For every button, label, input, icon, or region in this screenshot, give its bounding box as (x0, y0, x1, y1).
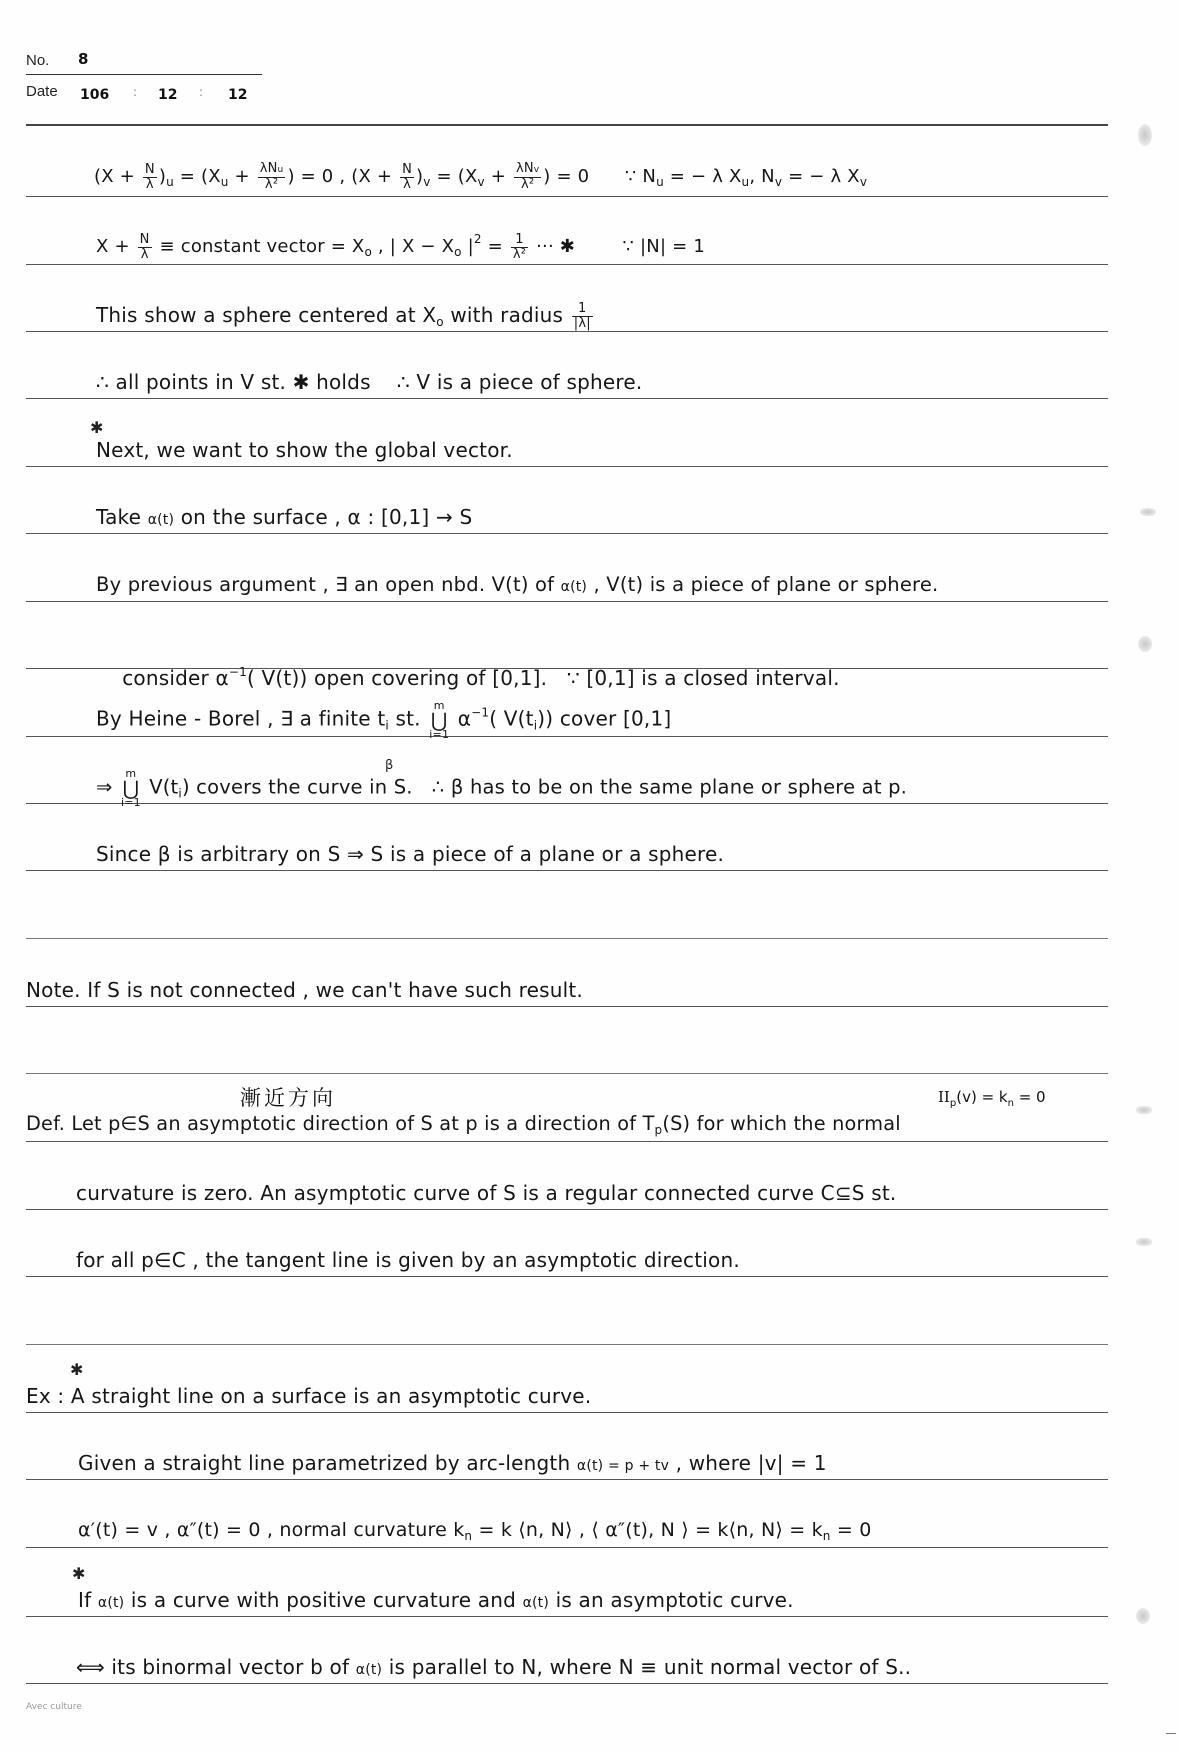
text: = − λ X (664, 166, 742, 187)
ruled-line (26, 1616, 1108, 1617)
union-glyph: ⋃ (121, 779, 141, 797)
alpha-t: α(t) (523, 1595, 549, 1611)
numerator: 1 (572, 302, 593, 317)
subscript: v (423, 175, 430, 189)
superscript: 2 (474, 232, 482, 246)
text: ) covers the curve in S. ∴ β has to be o… (182, 776, 907, 799)
subscript: o (454, 245, 462, 259)
text: = (X (431, 166, 478, 187)
denominator: λ (138, 248, 152, 262)
example-line: Ex : A straight line on a surface is an … (26, 1384, 591, 1408)
text: , V(t) is a piece of plane or sphere. (587, 573, 938, 596)
numerator: N (143, 163, 157, 178)
date-year: 106 (80, 87, 109, 103)
notebook-page: No. 8 Date 106 : 12 : 12 (X + Nλ)u = (Xu… (0, 0, 1179, 1752)
text: )) cover [0,1] (537, 707, 671, 731)
ruled-line (26, 1073, 1108, 1074)
fraction: 1λ² (511, 233, 528, 262)
subscript: v (534, 165, 540, 175)
no-label: No. (26, 52, 49, 69)
text: = k ⟨n, N⟩ , ⟨ α″(t), N ⟩ = k⟨n, N⟩ = k (472, 1519, 823, 1541)
fraction: λNvλ² (514, 162, 541, 192)
text-line-19: If α(t) is a curve with positive curvatu… (78, 1588, 794, 1612)
subscript: o (436, 315, 444, 329)
denominator: λ (143, 178, 157, 192)
ruled-line (26, 1209, 1108, 1210)
ruled-line (26, 1479, 1108, 1480)
text: = (482, 236, 509, 257)
top-rule (26, 124, 1108, 126)
subscript: u (166, 175, 174, 189)
text: + (229, 166, 256, 187)
text: = (X (174, 166, 221, 187)
ruled-line (26, 1344, 1108, 1345)
star-marker: ✱ (90, 418, 103, 437)
numerator: λNu (258, 162, 286, 178)
ruled-line (26, 264, 1108, 265)
ruled-line (26, 870, 1108, 871)
union-glyph: ⋃ (429, 711, 449, 729)
text-line-7: By previous argument , ∃ an open nbd. V(… (96, 573, 938, 596)
text: is parallel to N, where N ≡ unit normal … (382, 1655, 911, 1679)
edge-mark (1166, 1733, 1176, 1734)
text: , where |v| = 1 (669, 1451, 827, 1475)
numerator: λNv (514, 162, 541, 178)
text: = − λ X (782, 166, 860, 187)
binding-hole-mark (1136, 1106, 1152, 1114)
binding-hole-mark (1138, 124, 1152, 146)
fraction: 1|λ| (572, 302, 593, 331)
binding-hole-mark (1140, 508, 1156, 516)
text: (v) = k (956, 1088, 1007, 1106)
star-marker: ✱ (70, 1360, 83, 1379)
star-marker: ✱ (72, 1564, 85, 1583)
ruled-line (26, 1547, 1108, 1548)
binding-hole-mark (1136, 1608, 1150, 1624)
text: ) = 0 ∵ N (543, 166, 656, 187)
subscript: n (823, 1529, 831, 1543)
superscript: −1 (229, 665, 247, 679)
text-line-17: Given a straight line parametrized by ar… (78, 1451, 827, 1475)
text-line-4: ∴ all points in V st. ✱ holds ∴ V is a p… (96, 370, 642, 394)
fraction: Nλ (138, 233, 152, 262)
text: on the surface , α : [0,1] → S (174, 505, 472, 529)
definition-line-1: Def. Let p∈S an asymptotic direction of … (26, 1112, 901, 1137)
equation-line-1: (X + Nλ)u = (Xu + λNuλ²) = 0 , (X + Nλ)v… (94, 162, 867, 192)
alpha-t: α(t) (356, 1662, 382, 1678)
text: | (462, 236, 474, 257)
subscript: u (221, 175, 229, 189)
text-line-18: α′(t) = v , α″(t) = 0 , normal curvature… (78, 1519, 872, 1543)
union-symbol: m⋃i=1 (121, 768, 141, 808)
text: If (78, 1588, 98, 1612)
text: ≡ constant vector = X (154, 236, 365, 257)
second-fundamental-form-formula: IIp(v) = kn = 0 (938, 1088, 1046, 1109)
text: Take (96, 505, 148, 529)
date-separator: : (199, 85, 203, 99)
numerator: N (138, 233, 152, 248)
note-line: Note. If S is not connected , we can't h… (26, 978, 583, 1002)
text: is an asymptotic curve. (549, 1588, 794, 1612)
text: II (938, 1088, 950, 1106)
ruled-line (26, 1412, 1108, 1413)
text-line-6: Take α(t) on the surface , α : [0,1] → S (96, 505, 472, 529)
subscript: v (477, 175, 484, 189)
text: Def. Let p∈S an asymptotic direction of … (26, 1112, 655, 1135)
text-line-20: ⟺ its binormal vector b of α(t) is paral… (76, 1655, 911, 1679)
text: By previous argument , ∃ an open nbd. V(… (96, 573, 561, 596)
text: st. (389, 707, 427, 731)
text-line-5: Next, we want to show the global vector. (96, 438, 513, 462)
text: This show a sphere centered at X (96, 303, 436, 327)
text: = 0 (831, 1519, 872, 1541)
ruled-line (26, 1006, 1108, 1007)
section-title-cjk: 漸近方向 (240, 1082, 336, 1112)
alpha-t: α(t) (561, 579, 587, 595)
date-month: 12 (158, 87, 177, 103)
text-line-3: This show a sphere centered at Xo with r… (96, 302, 595, 331)
ruled-line (26, 938, 1108, 939)
subscript: o (364, 245, 372, 259)
ruled-line (26, 1276, 1108, 1277)
alpha-t: α(t) (98, 1595, 124, 1611)
date-day: 12 (228, 87, 247, 103)
subscript: u (278, 165, 284, 175)
union-symbol: m⋃i=1 (429, 700, 449, 740)
text: = 0 (1014, 1088, 1046, 1106)
ruled-line (26, 196, 1108, 197)
alpha-t: α(t) (148, 512, 174, 528)
ruled-line (26, 1683, 1108, 1684)
text-line-11: Since β is arbitrary on S ⇒ S is a piece… (96, 842, 724, 866)
text: λN (516, 161, 534, 176)
page-number: 8 (78, 50, 88, 68)
text: ⟺ its binormal vector b of (76, 1655, 356, 1679)
text: is a curve with positive curvature and (124, 1588, 522, 1612)
text: with radius (444, 303, 570, 327)
text: V(t (143, 776, 179, 799)
text: ) = 0 , (X + (287, 166, 398, 187)
fraction: Nλ (143, 163, 157, 192)
text: ) (159, 166, 166, 187)
text: + (485, 166, 512, 187)
alpha-t: α(t) = p + tv (577, 1458, 669, 1474)
text: ( V(t)) open covering of [0,1]. ∵ [0,1] … (247, 666, 840, 690)
ruled-line (26, 466, 1108, 467)
text: α′(t) = v , α″(t) = 0 , normal curvature… (78, 1519, 464, 1541)
text: (S) for which the normal (662, 1112, 900, 1135)
lower-bound: i=1 (429, 728, 449, 741)
binding-hole-mark (1136, 1238, 1152, 1246)
text: By Heine - Borel , ∃ a finite t (96, 707, 385, 731)
notebook-brand: Avec culture (26, 1702, 82, 1712)
ruled-line (26, 331, 1108, 332)
denominator: λ² (514, 178, 541, 192)
ruled-line (26, 398, 1108, 399)
text: consider α (122, 666, 229, 690)
text: ··· ✱ ∵ |N| = 1 (530, 236, 705, 257)
ruled-line (26, 601, 1108, 602)
denominator: |λ| (572, 317, 593, 331)
subscript: v (860, 175, 867, 189)
binding-hole-mark (1138, 636, 1152, 652)
text: λN (260, 161, 278, 176)
subscript: u (656, 175, 664, 189)
numerator: 1 (511, 233, 528, 248)
definition-line-3: for all p∈C , the tangent line is given … (76, 1248, 740, 1272)
fraction: Nλ (400, 163, 414, 192)
text: Given a straight line parametrized by ar… (78, 1451, 577, 1475)
superscript: −1 (471, 706, 489, 720)
text: X + (96, 236, 136, 257)
header-rule (26, 74, 262, 75)
equation-line-2: X + Nλ ≡ constant vector = Xo , | X − Xo… (96, 232, 705, 262)
denominator: λ² (258, 178, 286, 192)
date-label: Date (26, 83, 58, 100)
text: , | X − X (372, 236, 454, 257)
denominator: λ² (511, 248, 528, 262)
text: ⇒ (96, 776, 119, 799)
text-line-10: ⇒ m⋃i=1 V(ti) covers the curve in S. ∴ β… (96, 768, 907, 808)
text: , N (749, 166, 775, 187)
date-separator: : (133, 85, 137, 99)
ruled-line (26, 533, 1108, 534)
lower-bound: i=1 (121, 796, 141, 809)
fraction: λNuλ² (258, 162, 286, 192)
numerator: N (400, 163, 414, 178)
ruled-line (26, 1141, 1108, 1142)
text: α (451, 707, 471, 731)
text-line-9: By Heine - Borel , ∃ a finite ti st. m⋃i… (96, 700, 671, 740)
denominator: λ (400, 178, 414, 192)
text: ( V(t (489, 707, 534, 731)
definition-line-2: curvature is zero. An asymptotic curve o… (76, 1181, 896, 1205)
text: (X + (94, 166, 141, 187)
